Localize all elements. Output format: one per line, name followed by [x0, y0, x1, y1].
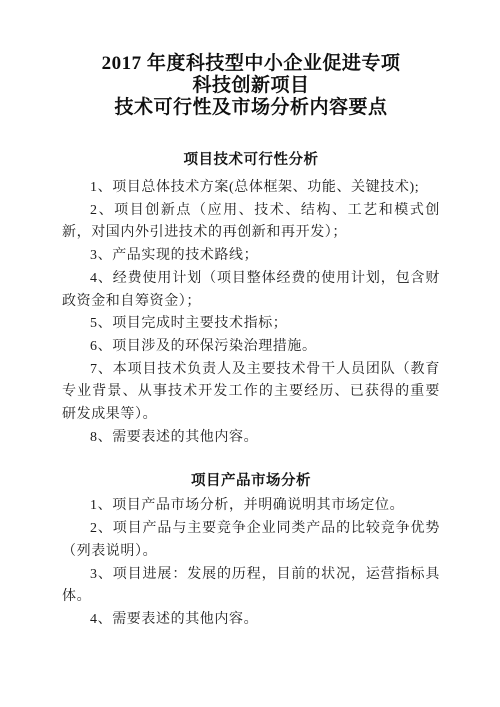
- list-item: 2、项目产品与主要竞争企业同类产品的比较竞争优势（列表说明）。: [62, 518, 440, 563]
- list-item: 8、需要表述的其他内容。: [62, 427, 440, 450]
- document-content: 2017 年度科技型中小企业促进专项 科技创新项目 技术可行性及市场分析内容要点…: [0, 53, 500, 632]
- list-item: 1、项目总体技术方案(总体框架、功能、关键技术);: [62, 177, 440, 200]
- doc-title-line-1: 2017 年度科技型中小企业促进专项: [62, 53, 440, 75]
- doc-title-line-2: 科技创新项目: [62, 75, 440, 97]
- list-item: 3、产品实现的技术路线；: [62, 245, 440, 268]
- list-item: 4、经费使用计划（项目整体经费的使用计划，包含财政资金和自筹资金）；: [62, 268, 440, 313]
- doc-title-line-3: 技术可行性及市场分析内容要点: [62, 97, 440, 119]
- list-item: 6、项目涉及的环保污染治理措施。: [62, 336, 440, 359]
- list-item: 1、项目产品市场分析，并明确说明其市场定位。: [62, 495, 440, 518]
- section-heading-feasibility: 项目技术可行性分析: [62, 150, 440, 170]
- section-heading-market: 项目产品市场分析: [62, 471, 440, 491]
- doc-title: 2017 年度科技型中小企业促进专项 科技创新项目 技术可行性及市场分析内容要点: [62, 53, 440, 119]
- document-page: 2017 年度科技型中小企业促进专项 科技创新项目 技术可行性及市场分析内容要点…: [0, 0, 500, 707]
- list-item: 5、项目完成时主要技术指标；: [62, 313, 440, 336]
- list-item: 4、需要表述的其他内容。: [62, 609, 440, 632]
- list-item: 2、项目创新点（应用、技术、结构、工艺和模式创新，对国内外引进技术的再创新和再开…: [62, 200, 440, 245]
- section-feasibility-items: 1、项目总体技术方案(总体框架、功能、关键技术); 2、项目创新点（应用、技术、…: [62, 177, 440, 449]
- list-item: 3、项目进展：发展的历程，目前的状况，运营指标具体。: [62, 564, 440, 609]
- section-market-items: 1、项目产品市场分析，并明确说明其市场定位。 2、项目产品与主要竞争企业同类产品…: [62, 495, 440, 631]
- list-item: 7、本项目技术负责人及主要技术骨干人员团队（教育专业背景、从事技术开发工作的主要…: [62, 359, 440, 427]
